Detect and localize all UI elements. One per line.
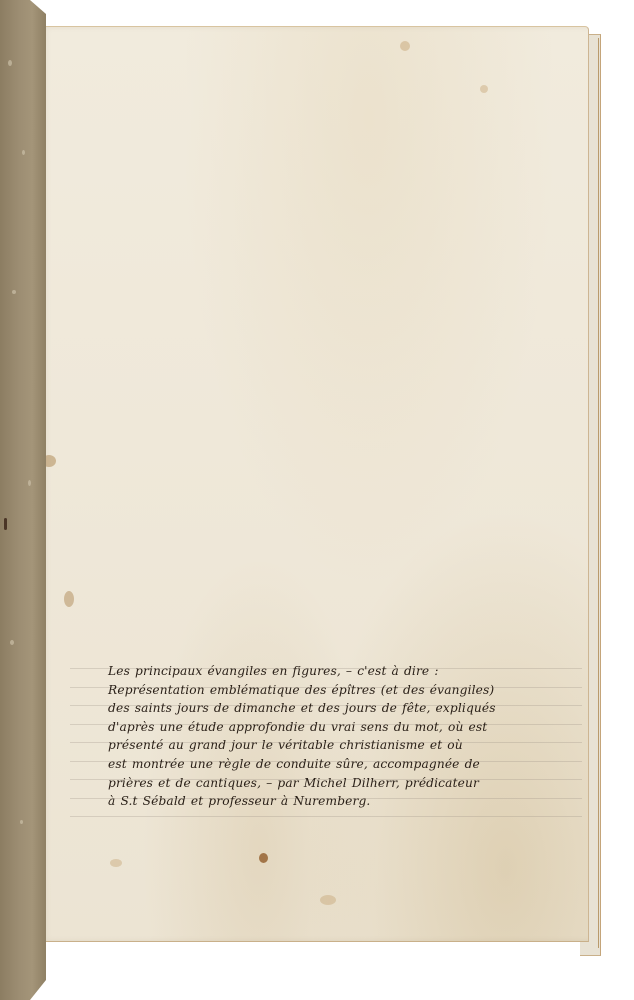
text-line: est montrée une règle de conduite sûre, … <box>108 755 592 774</box>
text-line: Représentation emblématique des épîtres … <box>108 681 592 700</box>
foxing-stain <box>320 895 336 905</box>
text-line: présenté au grand jour le véritable chri… <box>108 736 592 755</box>
text-line: prières et de cantiques, – par Michel Di… <box>108 774 592 793</box>
rule-line <box>70 816 582 817</box>
foxing-stain <box>400 41 410 51</box>
handwritten-title-text: Les principaux évangiles en figures, – c… <box>108 662 592 811</box>
cover-speck <box>20 820 23 824</box>
text-line: d'après une étude approfondie du vrai se… <box>108 718 592 737</box>
foxing-stain <box>64 591 74 607</box>
cover-mark <box>4 518 7 530</box>
cover-speck <box>8 60 12 66</box>
text-line: à S.t Sébald et professeur à Nuremberg. <box>108 792 592 811</box>
back-pages-edge-inner <box>588 38 599 948</box>
foxing-stain <box>480 85 488 93</box>
text-line: des saints jours de dimanche et des jour… <box>108 699 592 718</box>
ink-spot <box>259 853 268 863</box>
text-line: Les principaux évangiles en figures, – c… <box>108 662 592 681</box>
foxing-stain <box>110 859 122 867</box>
cover-speck <box>28 480 31 486</box>
cover-speck <box>10 640 14 645</box>
cover-speck <box>12 290 16 294</box>
book-cover-edge <box>0 0 46 1000</box>
cover-speck <box>22 150 25 155</box>
photographed-manuscript: Les principaux évangiles en figures, – c… <box>0 0 634 1000</box>
